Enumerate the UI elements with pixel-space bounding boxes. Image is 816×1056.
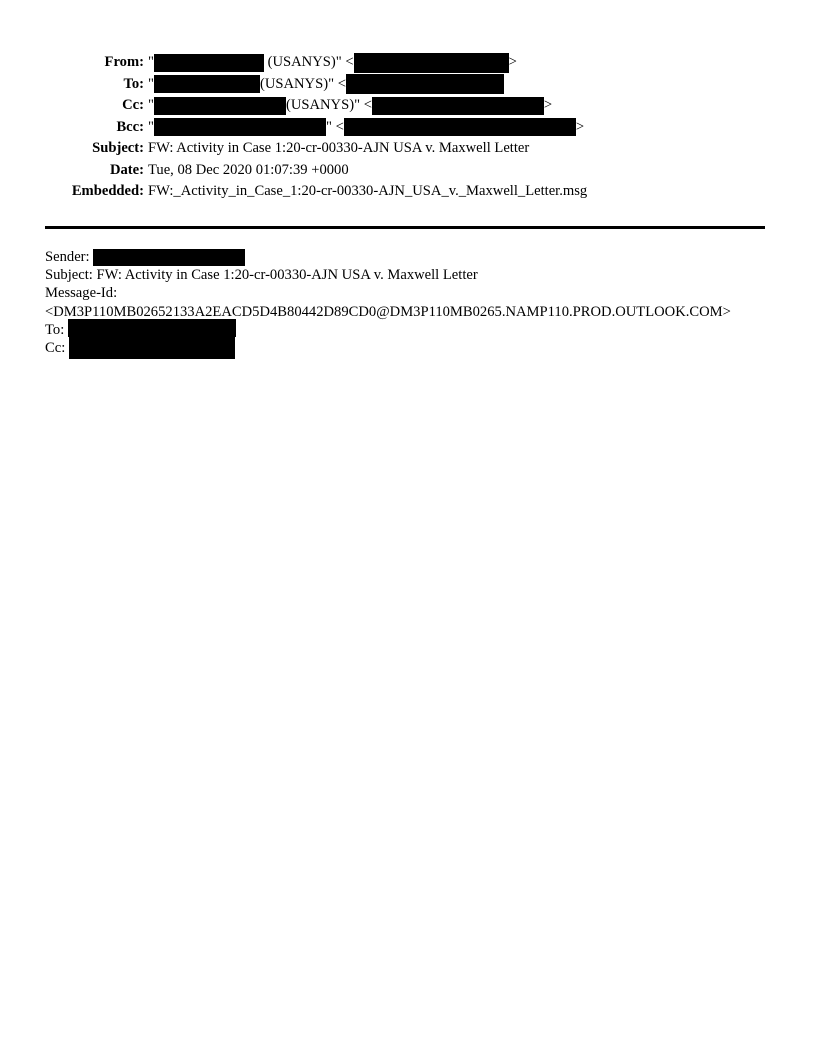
header-subject: Subject: FW: Activity in Case 1:20-cr-00… — [0, 138, 816, 160]
subject-value: FW: Activity in Case 1:20-cr-00330-AJN U… — [148, 138, 529, 160]
from-label: From: — [105, 52, 144, 74]
header-cc: Cc: "(USANYS)" <> — [0, 95, 816, 117]
redaction-box — [354, 53, 509, 73]
embedded-label: Embedded: — [72, 181, 144, 203]
to-label: To: — [123, 74, 144, 96]
email-header: From: " (USANYS)" <> To: "(USANYS)" < Cc… — [0, 52, 816, 203]
redaction-box — [372, 97, 544, 115]
email-body: Sender: Subject: FW: Activity in Case 1:… — [45, 248, 770, 357]
redaction-box — [68, 319, 236, 337]
redaction-box — [154, 97, 286, 115]
redaction-box — [154, 75, 260, 93]
from-value: " (USANYS)" <> — [148, 52, 517, 74]
body-message-id-label: Message-Id: — [45, 284, 770, 302]
redaction-box — [93, 249, 245, 266]
body-subject: Subject: FW: Activity in Case 1:20-cr-00… — [45, 266, 770, 284]
header-from: From: " (USANYS)" <> — [0, 52, 816, 74]
to-value: "(USANYS)" < — [148, 74, 504, 96]
redaction-box — [154, 118, 326, 136]
redaction-box — [69, 337, 235, 359]
redaction-box — [344, 118, 576, 136]
subject-label: Subject: — [92, 138, 144, 160]
redaction-box — [346, 74, 504, 94]
header-bcc: Bcc: "" <> — [0, 117, 816, 139]
header-embedded: Embedded: FW:_Activity_in_Case_1:20-cr-0… — [0, 181, 816, 203]
date-label: Date: — [110, 160, 144, 182]
body-sender: Sender: — [45, 248, 770, 266]
cc-label: Cc: — [122, 95, 144, 117]
bcc-label: Bcc: — [116, 117, 144, 139]
date-value: Tue, 08 Dec 2020 01:07:39 +0000 — [148, 160, 349, 182]
header-divider — [45, 226, 765, 229]
cc-value: "(USANYS)" <> — [148, 95, 552, 117]
bcc-value: "" <> — [148, 117, 584, 139]
embedded-attachment-name: FW:_Activity_in_Case_1:20-cr-00330-AJN_U… — [148, 181, 587, 203]
redaction-box — [154, 54, 264, 72]
header-date: Date: Tue, 08 Dec 2020 01:07:39 +0000 — [0, 160, 816, 182]
body-cc: Cc: — [45, 339, 770, 357]
header-to: To: "(USANYS)" < — [0, 74, 816, 96]
